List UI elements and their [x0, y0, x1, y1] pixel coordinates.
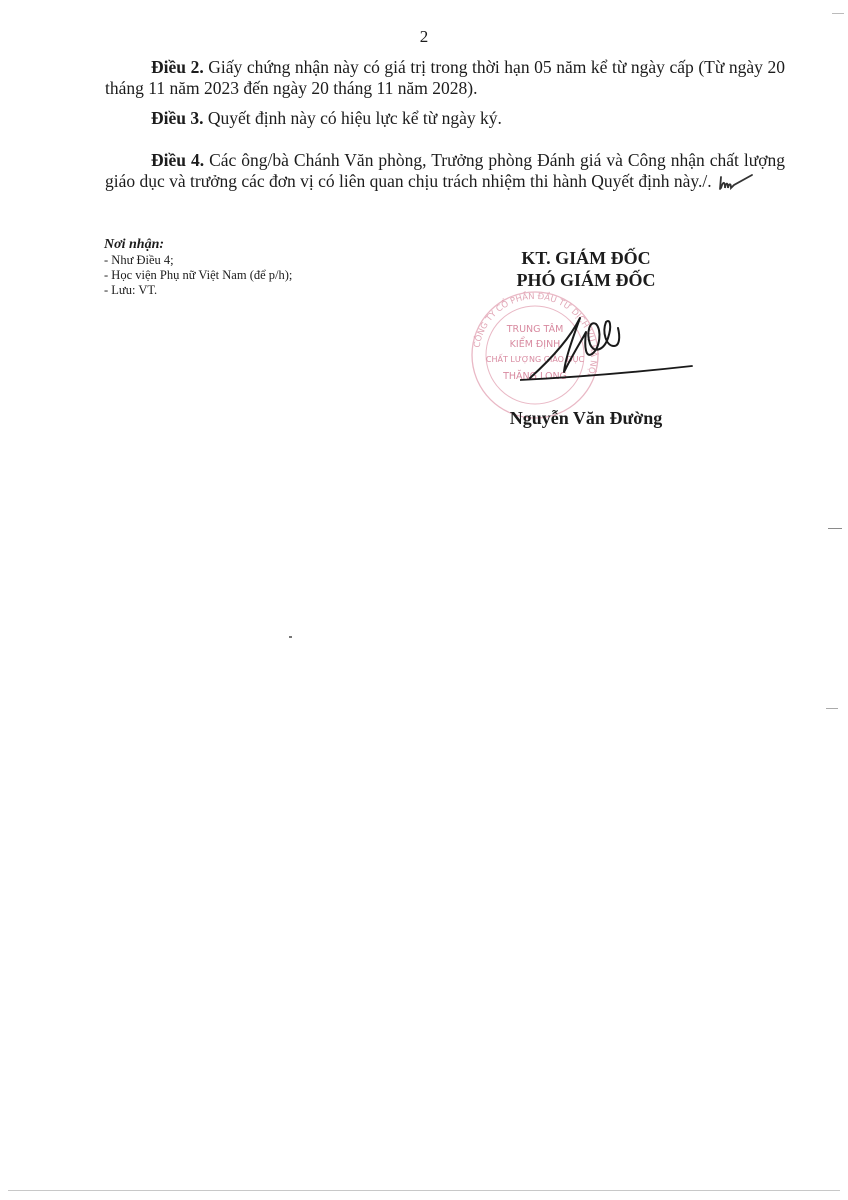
article-2: Điều 2. Giấy chứng nhận này có giá trị t…: [105, 57, 785, 98]
scan-edge-mark: [832, 13, 844, 14]
signature-title-line1: KT. GIÁM ĐỐC: [468, 247, 704, 269]
article-3-text: Quyết định này có hiệu lực kể từ ngày ký…: [204, 108, 502, 128]
recipients-block: Nơi nhận: - Như Điều 4; - Học viện Phụ n…: [104, 237, 292, 298]
recipients-title: Nơi nhận:: [104, 237, 292, 253]
article-4: Điều 4. Các ông/bà Chánh Văn phòng, Trưở…: [105, 150, 785, 191]
scan-edge-mark: [826, 708, 838, 709]
scan-bottom-edge: [8, 1190, 840, 1191]
scan-speck: [289, 636, 292, 638]
page-number: 2: [0, 27, 848, 47]
recipient-item: - Như Điều 4;: [104, 253, 292, 268]
article-2-text: Giấy chứng nhận này có giá trị trong thờ…: [105, 57, 785, 98]
article-3-label: Điều 3.: [151, 108, 204, 128]
article-3: Điều 3. Quyết định này có hiệu lực kể từ…: [105, 108, 785, 129]
article-4-text: Các ông/bà Chánh Văn phòng, Trưởng phòng…: [105, 150, 785, 191]
handwritten-signature-icon: [520, 310, 695, 390]
signature-title-line2: PHÓ GIÁM ĐỐC: [468, 269, 704, 291]
handwritten-initials-icon: [718, 173, 754, 191]
article-2-label: Điều 2.: [151, 57, 204, 77]
article-4-label: Điều 4.: [151, 150, 204, 170]
scan-edge-mark: [828, 528, 842, 529]
signer-name: Nguyễn Văn Đường: [468, 407, 704, 429]
recipient-item: - Lưu: VT.: [104, 283, 292, 298]
recipient-item: - Học viện Phụ nữ Việt Nam (để p/h);: [104, 268, 292, 283]
signature-title-block: KT. GIÁM ĐỐC PHÓ GIÁM ĐỐC: [468, 247, 704, 291]
